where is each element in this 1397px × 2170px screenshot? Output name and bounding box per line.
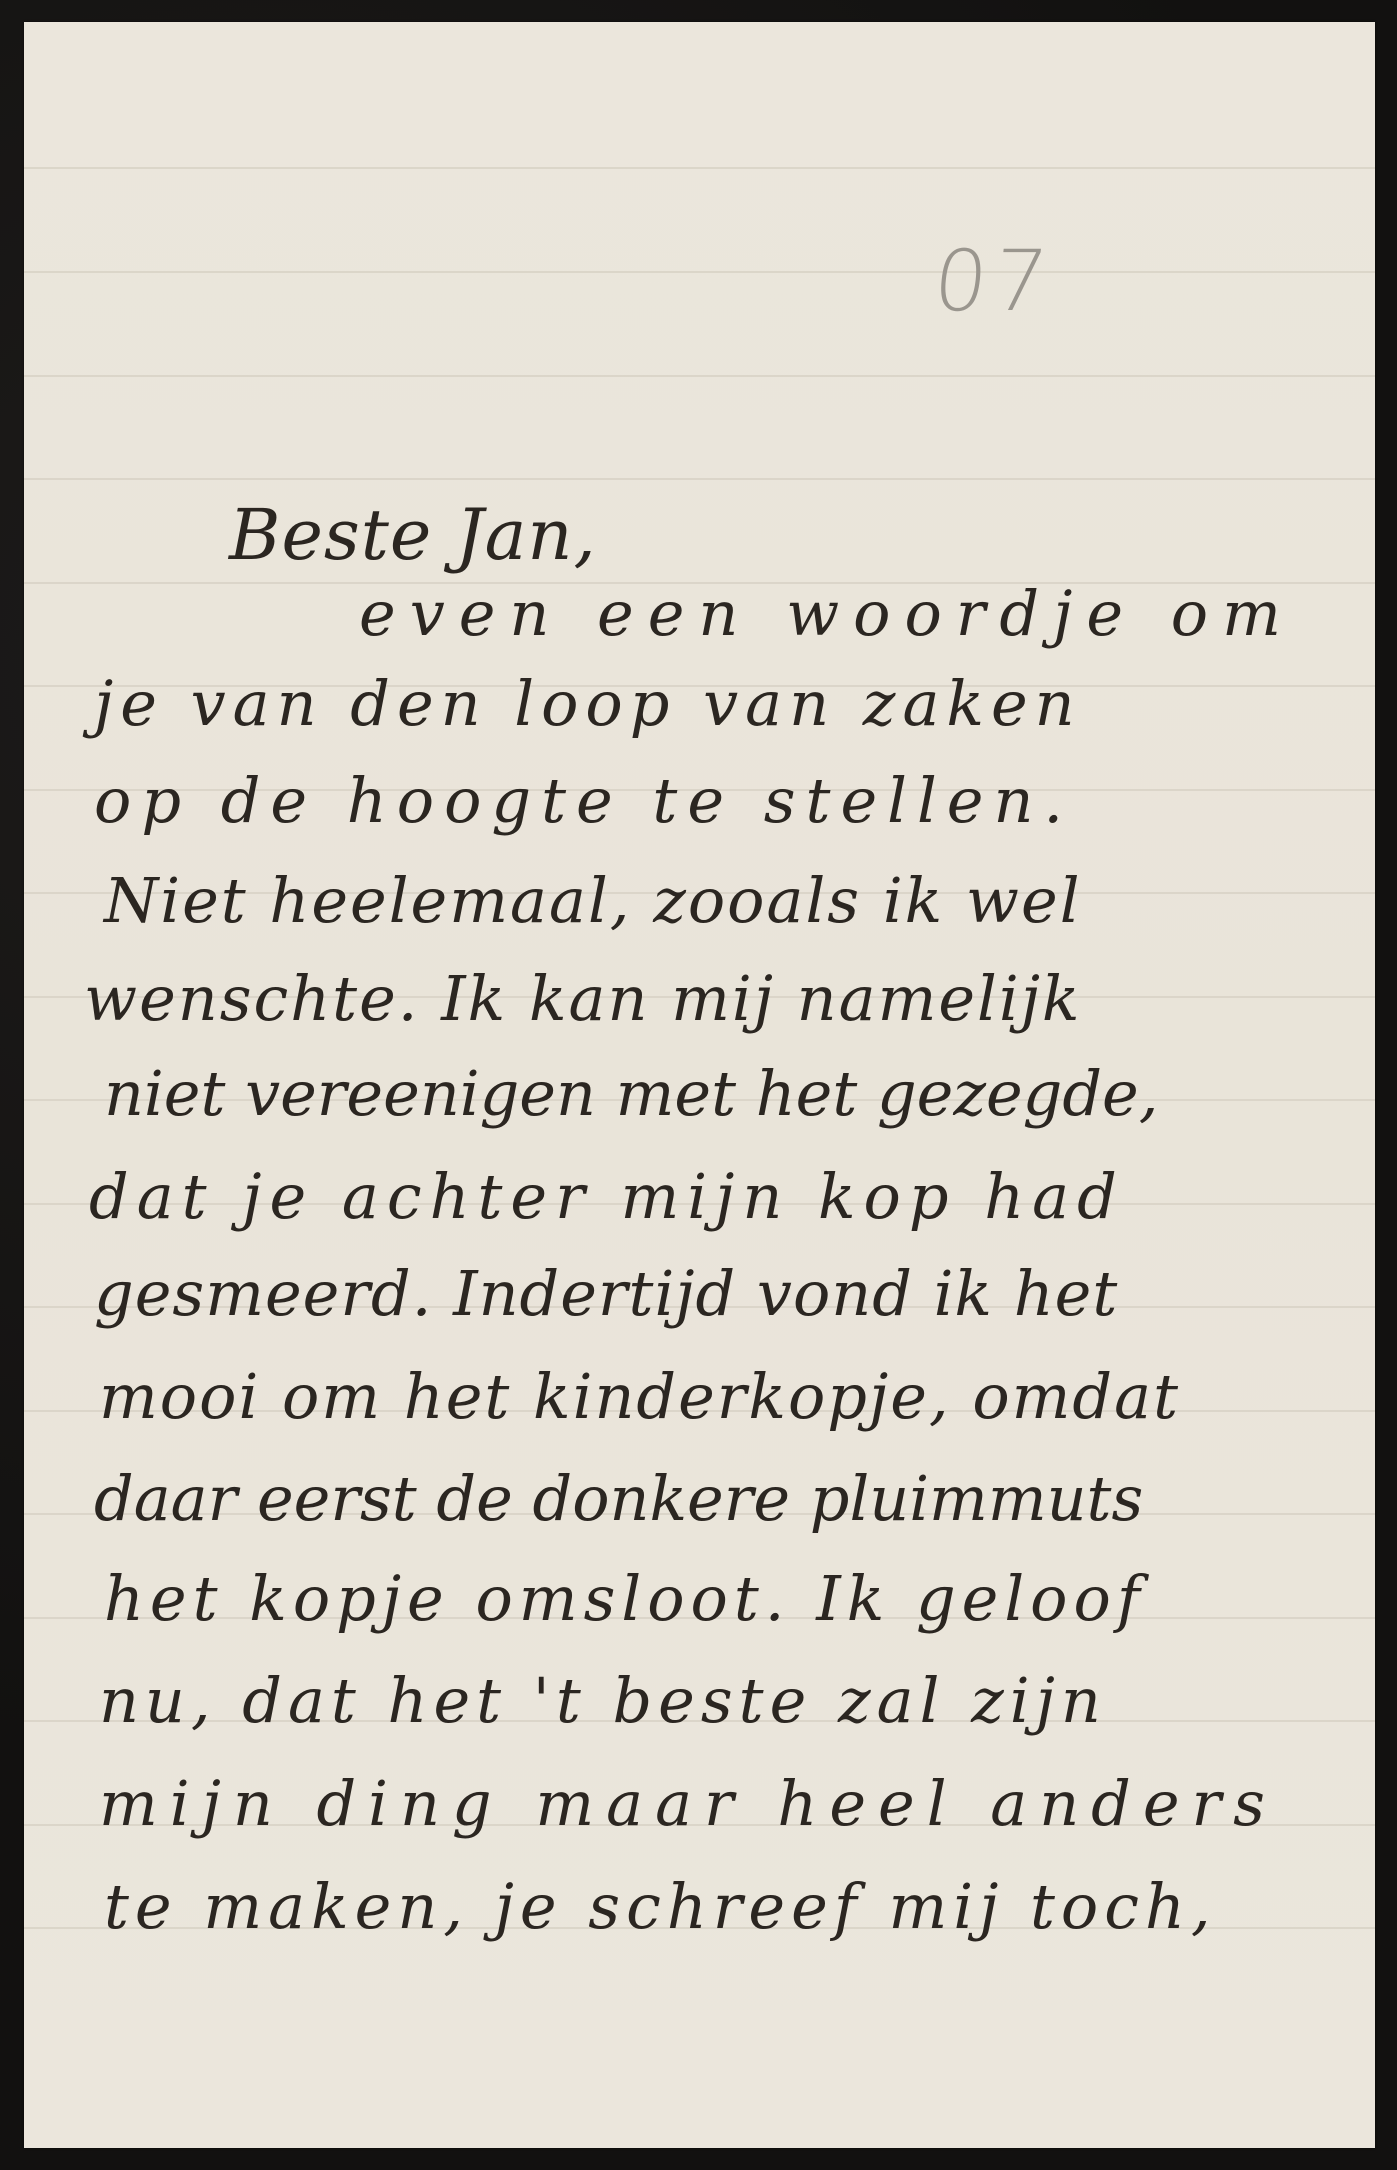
ruled-line [24,167,1375,169]
pencil-page-number: 07 [929,232,1058,330]
letter-line: gesmeerd. Indertijd vond ik het [94,1257,1118,1330]
letter-line: daar eerst de donkere pluimmuts [94,1462,1143,1535]
ruled-line [24,271,1375,273]
letter-line: dat je achter mijn kop had [89,1160,1125,1233]
salutation: Beste Jan, [229,494,597,576]
letter-line: je van den loop van zaken [94,667,1082,740]
letter-line: niet vereenigen met het gezegde, [104,1057,1158,1130]
letter-line: Niet heelemaal, zooals ik wel [104,864,1082,937]
letter-line: op de hoogte te stellen. [94,764,1073,837]
letter-line: even een woordje om [359,577,1295,650]
ruled-line [24,375,1375,377]
ruled-line [24,478,1375,480]
letter-line: het kopje omsloot. Ik geloof [104,1562,1146,1635]
letter-line: te maken, je schreef mij toch, [104,1870,1217,1943]
letter-line: mooi om het kinderkopje, omdat [99,1360,1180,1433]
letter-line: wenschte. Ik kan mij namelijk [84,962,1082,1035]
letter-line: mijn ding maar heel anders [99,1767,1277,1840]
letter-line: nu, dat het 't beste zal zijn [99,1664,1107,1737]
letter-page: 07 Beste Jan, even een woordje om je van… [24,22,1375,2148]
